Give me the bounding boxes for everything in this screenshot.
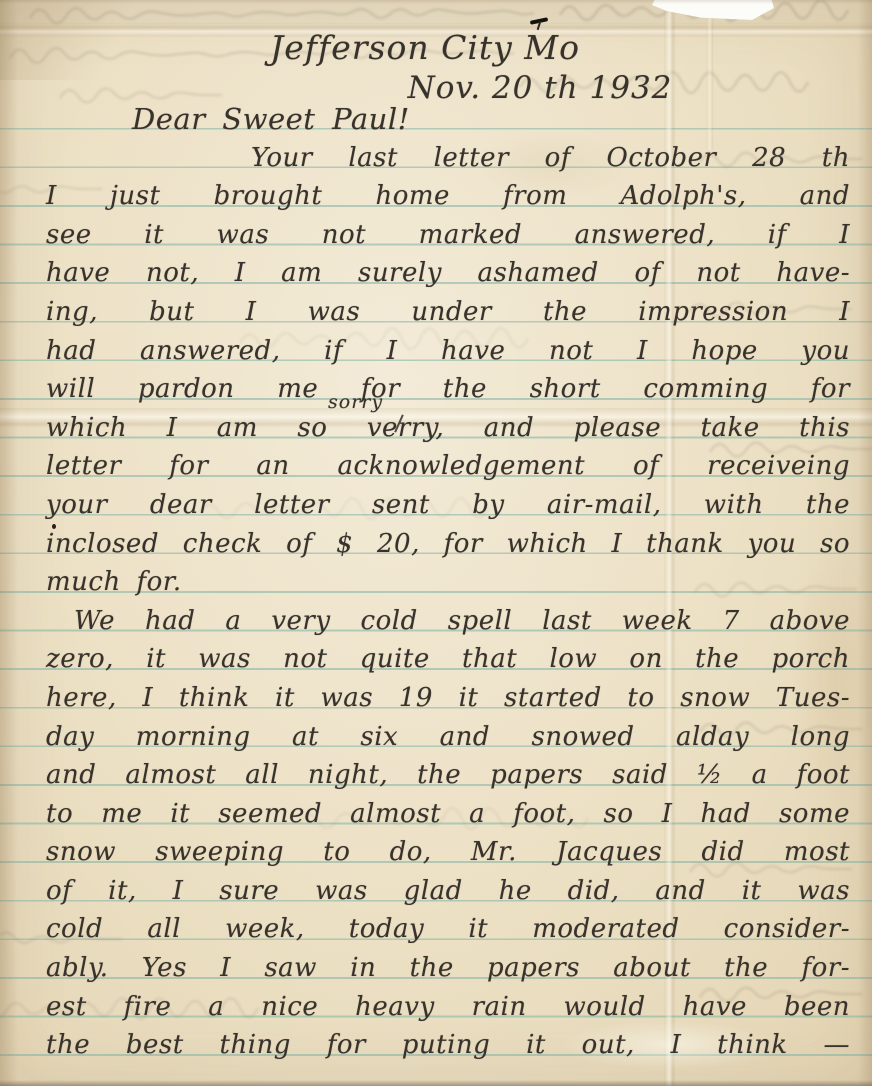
corner-shadow: [0, 0, 190, 80]
letter-line: inclosed check of $ 20, for which I than…: [46, 525, 850, 564]
letter-line: zero, it was not quite that low on the p…: [46, 640, 850, 679]
letter-line: and almost all night, the papers said ½ …: [46, 756, 850, 795]
letter-line: here, I think it was 19 it started to sn…: [46, 679, 850, 718]
letter-line: your dear letter sent by air-mail, with …: [46, 486, 850, 525]
letter-line: cold all week, today it moderated consid…: [46, 910, 850, 949]
letter-line: Your last letter of October 28 th: [46, 139, 850, 178]
letter-place-line: Jefferson City Mo: [190, 28, 660, 67]
letter-line: We had a very cold spell last week 7 abo…: [46, 602, 850, 641]
letter-line: ably. Yes I saw in the papers about the …: [46, 949, 850, 988]
letter-line-with-insertion: which I am so verry, and please take thi…: [46, 409, 850, 448]
letter-line: had answered, if I have not I hope you: [46, 332, 850, 371]
letter-line: see it was not marked answered, if I: [46, 216, 850, 255]
letter-line: day morning at six and snowed alday long: [46, 718, 850, 757]
salutation-line: Dear Sweet Paul!: [46, 100, 850, 139]
letter-line: will pardon me for the short comming for: [46, 370, 850, 409]
letter-line: of it, I sure was glad he did, and it wa…: [46, 872, 850, 911]
letter-body: Dear Sweet Paul! Your last letter of Oct…: [46, 100, 850, 1065]
letter-page: Jefferson City Mo Nov. 20 th 1932 Dear S…: [0, 0, 872, 1086]
letter-line-text: which I am so verry, and please take thi…: [46, 413, 850, 443]
letter-line: I just brought home from Adolph's, and: [46, 177, 850, 216]
page-edge-shadow: [0, 0, 18, 1086]
letter-line: have not, I am surely ashamed of not hav…: [46, 254, 850, 293]
letter-line: much for.: [46, 563, 850, 602]
letter-line: letter for an acknowledgement of receive…: [46, 447, 850, 486]
letter-line: est fire a nice heavy rain would have be…: [46, 988, 850, 1027]
letter-line: ing, but I was under the impression I: [46, 293, 850, 332]
page-edge-shadow: [0, 0, 872, 4]
letter-line: the best thing for puting it out, I thin…: [46, 1026, 850, 1065]
letter-line: snow sweeping to do, Mr. Jacques did mos…: [46, 833, 850, 872]
page-edge-shadow: [0, 1080, 872, 1086]
inserted-word: sorry: [328, 393, 383, 412]
letter-line: to me it seemed almost a foot, so I had …: [46, 795, 850, 834]
page-edge-shadow: [858, 0, 872, 1086]
